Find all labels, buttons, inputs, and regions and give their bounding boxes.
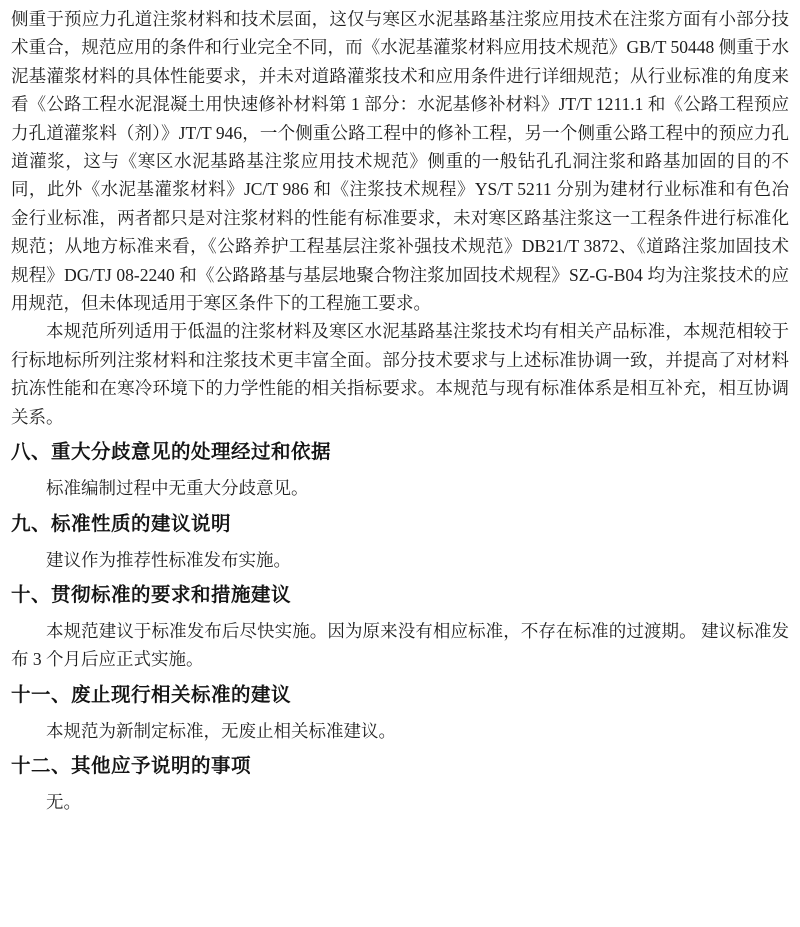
section-10-heading: 十、贯彻标准的要求和措施建议: [11, 581, 789, 609]
section-9: 九、标准性质的建议说明 建议作为推荐性标准发布实施。: [11, 510, 789, 574]
document-page: 侧重于预应力孔道注浆材料和技术层面，这仅与寒区水泥基路基注浆应用技术在注浆方面有…: [0, 0, 800, 927]
paragraph-summary: 本规范所列适用于低温的注浆材料及寒区水泥基路基注浆技术均有相关产品标准，本规范相…: [11, 317, 789, 431]
paragraph-continuation: 侧重于预应力孔道注浆材料和技术层面，这仅与寒区水泥基路基注浆应用技术在注浆方面有…: [11, 5, 789, 317]
section-9-paragraph: 建议作为推荐性标准发布实施。: [11, 546, 789, 574]
section-11: 十一、废止现行相关标准的建议 本规范为新制定标准，无废止相关标准建议。: [11, 681, 789, 745]
section-11-heading: 十一、废止现行相关标准的建议: [11, 681, 789, 709]
section-12: 十二、其他应予说明的事项 无。: [11, 752, 789, 816]
section-8-heading: 八、重大分歧意见的处理经过和依据: [11, 438, 789, 466]
section-8-paragraph: 标准编制过程中无重大分歧意见。: [11, 474, 789, 502]
section-10: 十、贯彻标准的要求和措施建议 本规范建议于标准发布后尽快实施。因为原来没有相应标…: [11, 581, 789, 674]
section-10-paragraph: 本规范建议于标准发布后尽快实施。因为原来没有相应标准，不存在标准的过渡期。 建议…: [11, 617, 789, 674]
section-12-heading: 十二、其他应予说明的事项: [11, 752, 789, 780]
section-8: 八、重大分歧意见的处理经过和依据 标准编制过程中无重大分歧意见。: [11, 438, 789, 502]
section-9-heading: 九、标准性质的建议说明: [11, 510, 789, 538]
section-11-paragraph: 本规范为新制定标准，无废止相关标准建议。: [11, 717, 789, 745]
section-12-paragraph: 无。: [11, 788, 789, 816]
